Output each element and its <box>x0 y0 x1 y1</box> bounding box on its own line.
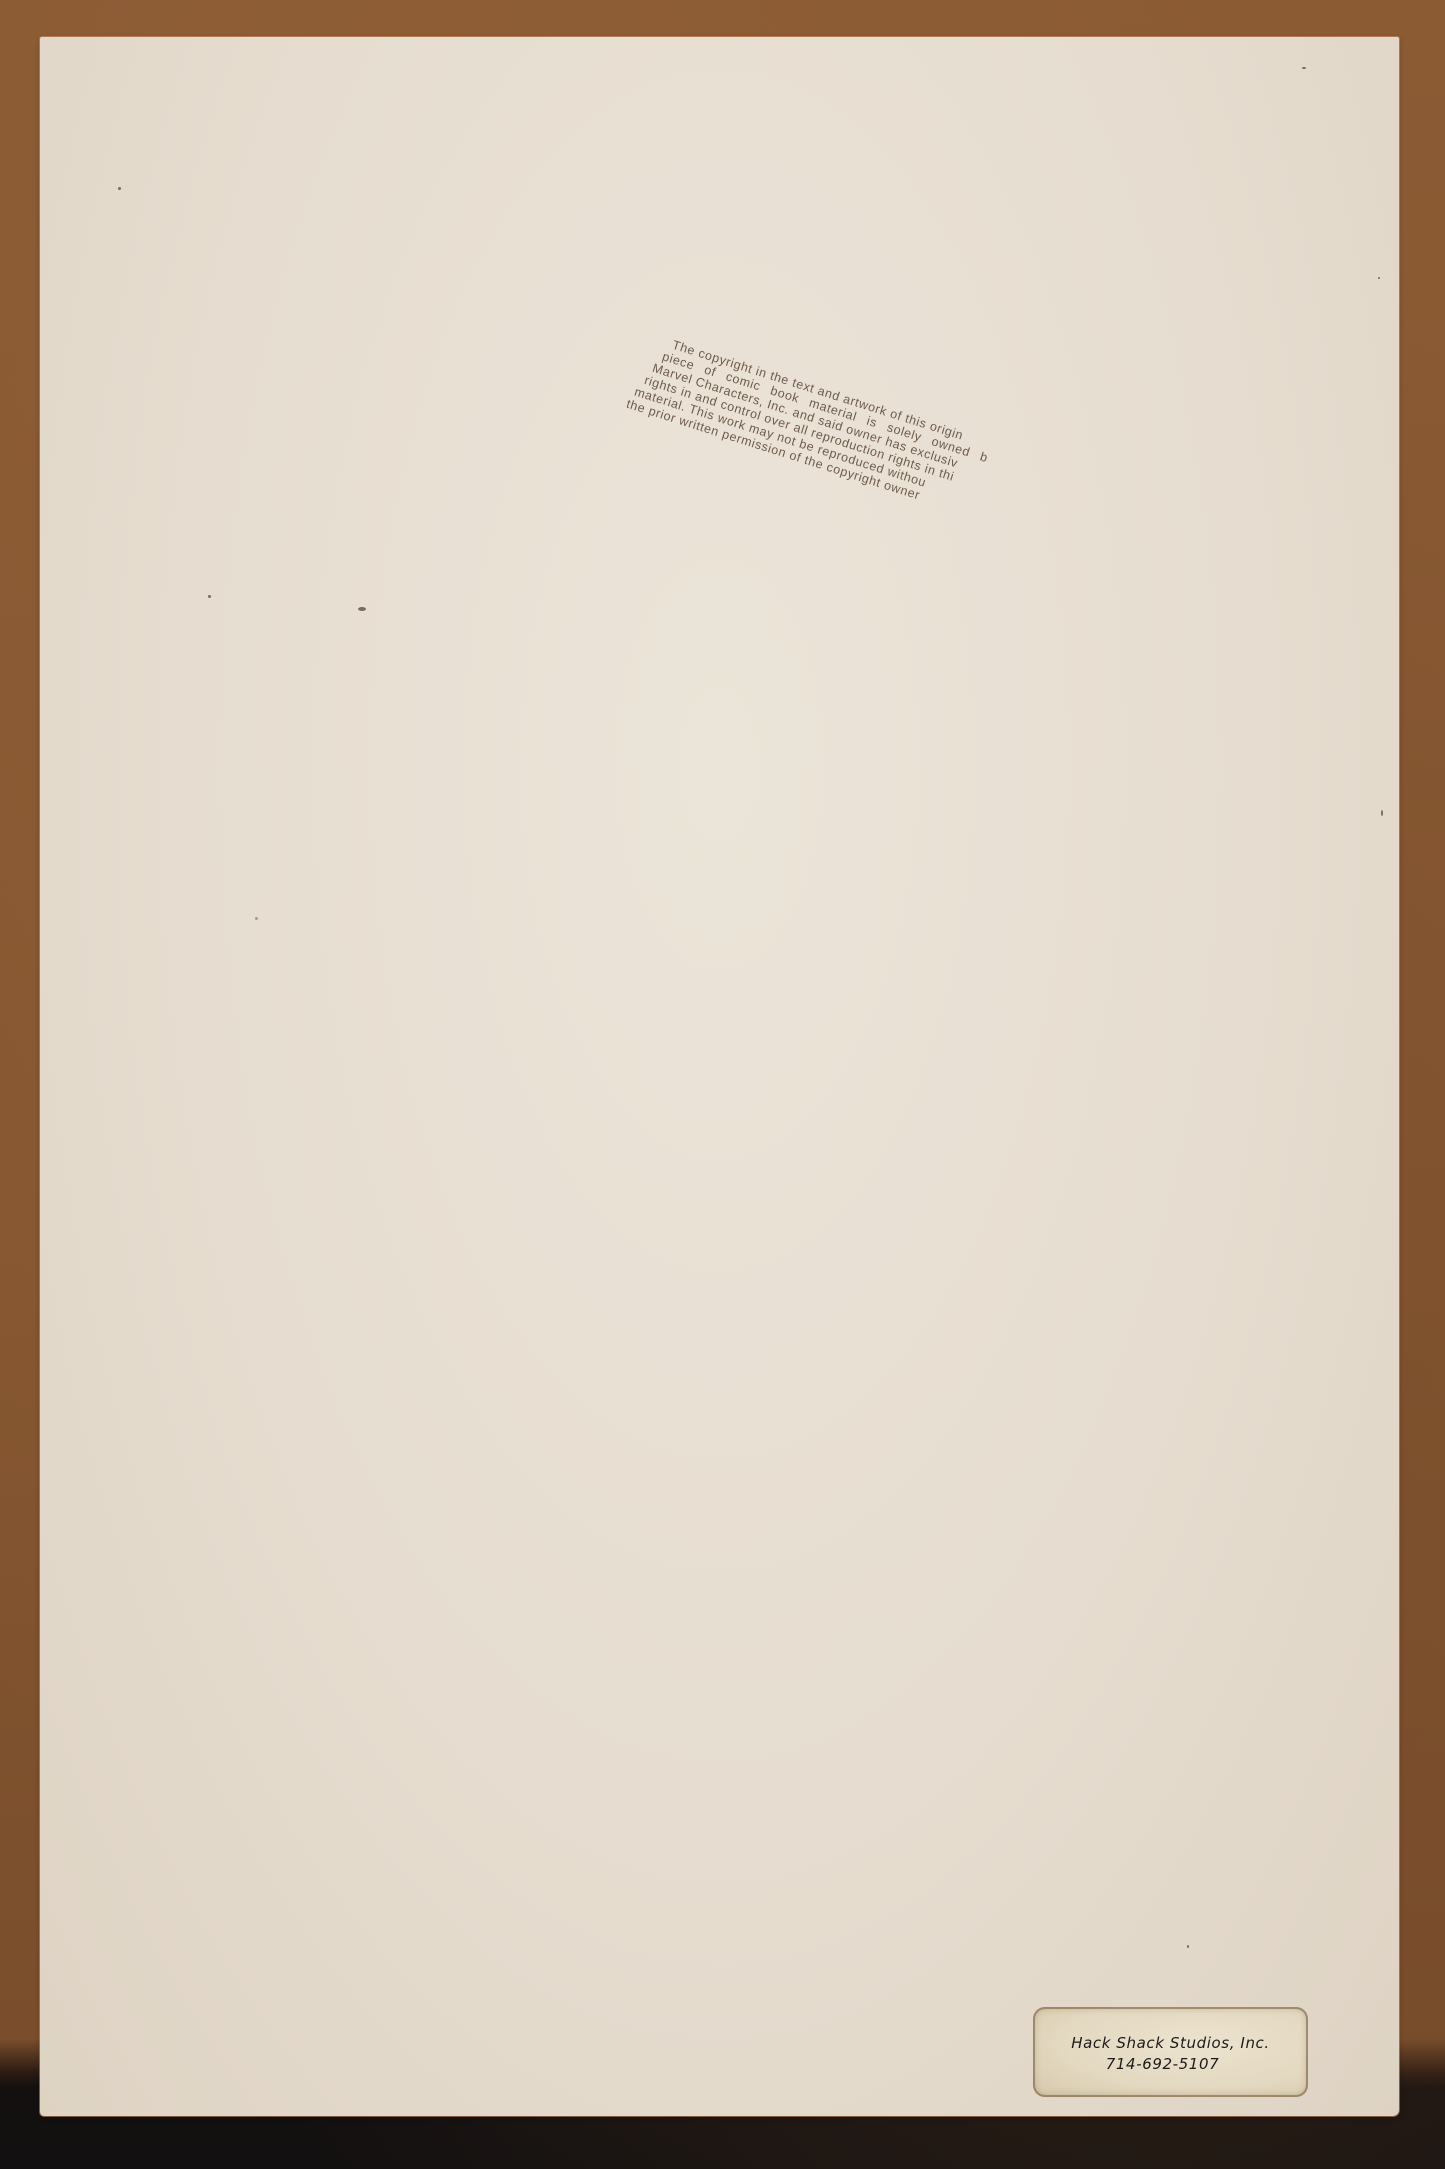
studio-name: Hack Shack Studios, Inc. <box>1033 2034 1308 2052</box>
speck-mark <box>1381 810 1383 816</box>
speck-mark <box>1302 67 1306 69</box>
speck-mark <box>118 187 121 190</box>
speck-mark <box>1378 277 1380 279</box>
speck-mark <box>358 607 366 611</box>
studio-label-sticker: Hack Shack Studios, Inc. 714-692-5107 <box>1033 2007 1308 2097</box>
art-board-back <box>40 37 1399 2116</box>
speck-mark <box>1187 1945 1189 1948</box>
studio-phone: 714-692-5107 <box>1025 2055 1300 2073</box>
speck-mark <box>255 917 258 920</box>
speck-mark <box>208 595 211 598</box>
